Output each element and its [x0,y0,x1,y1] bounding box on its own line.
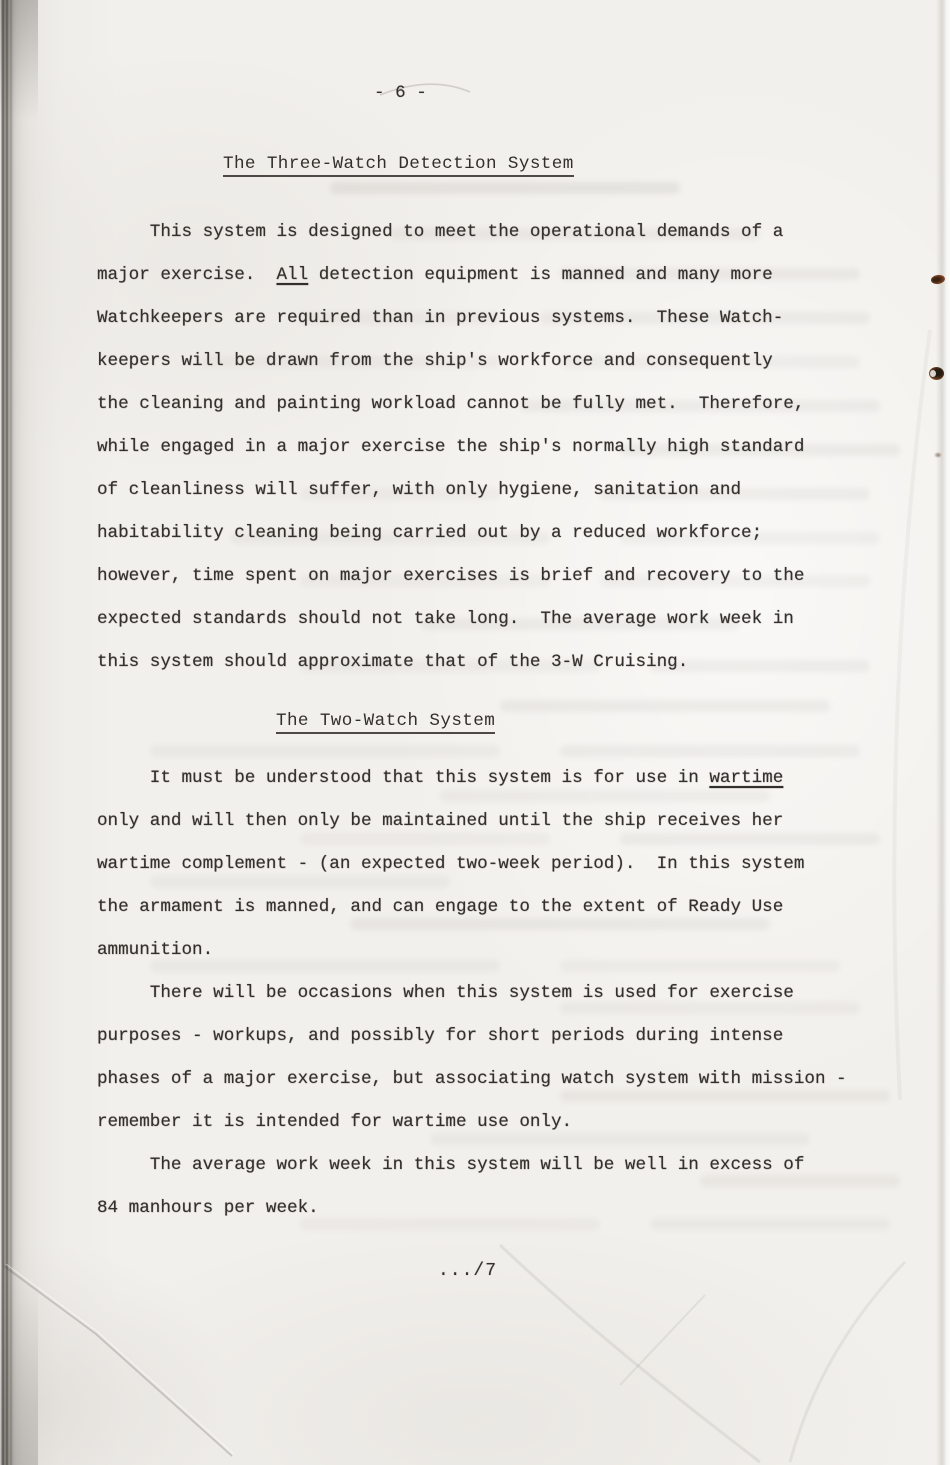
text-line: the armament is manned, and can engage t… [97,886,903,929]
paper-stain [929,367,944,380]
continuation-mark: .../7 [438,1259,497,1283]
text-line: the cleaning and painting workload canno… [97,383,903,426]
text-line: ammunition. [97,929,903,972]
text-line: this system should approximate that of t… [97,641,903,684]
text-line: habitability cleaning being carried out … [97,512,903,555]
scanned-page: - 6 - The Three-Watch Detection System T… [0,0,950,1465]
text-line: 84 manhours per week. [97,1187,903,1230]
text-line: phases of a major exercise, but associat… [97,1058,903,1101]
text-line: purposes - workups, and possibly for sho… [97,1015,903,1058]
text-line: of cleanliness will suffer, with only hy… [97,469,903,512]
section-heading: The Two-Watch System [276,709,903,733]
section-heading: The Three-Watch Detection System [223,152,903,176]
page-right-edge [936,0,950,1465]
text-line: There will be occasions when this system… [97,972,903,1015]
text-line: Watchkeepers are required than in previo… [97,297,903,340]
text-line: only and will then only be maintained un… [97,800,903,843]
paragraph: It must be understood that this system i… [97,757,903,972]
paragraph: The average work week in this system wil… [97,1144,903,1230]
document-section: The Three-Watch Detection System This sy… [97,152,903,684]
paragraph: This system is designed to meet the oper… [97,211,903,684]
text-line: The average work week in this system wil… [97,1144,903,1187]
paper-stain [934,452,942,458]
text-line: major exercise. All detection equipment … [97,254,903,297]
document-body: The Three-Watch Detection System This sy… [97,140,903,1230]
text-line: wartime complement - (an expected two-we… [97,843,903,886]
text-line: however, time spent on major exercises i… [97,555,903,598]
text-line: while engaged in a major exercise the sh… [97,426,903,469]
text-line: This system is designed to meet the oper… [97,211,903,254]
page-number: - 6 - [374,82,427,104]
text-line: remember it is intended for wartime use … [97,1101,903,1144]
document-section: The Two-Watch System It must be understo… [97,709,903,1230]
binding-edge-shadow [0,0,38,1465]
paragraph: There will be occasions when this system… [97,972,903,1144]
text-line: expected standards should not take long.… [97,598,903,641]
text-line: keepers will be drawn from the ship's wo… [97,340,903,383]
text-line: It must be understood that this system i… [97,757,903,800]
